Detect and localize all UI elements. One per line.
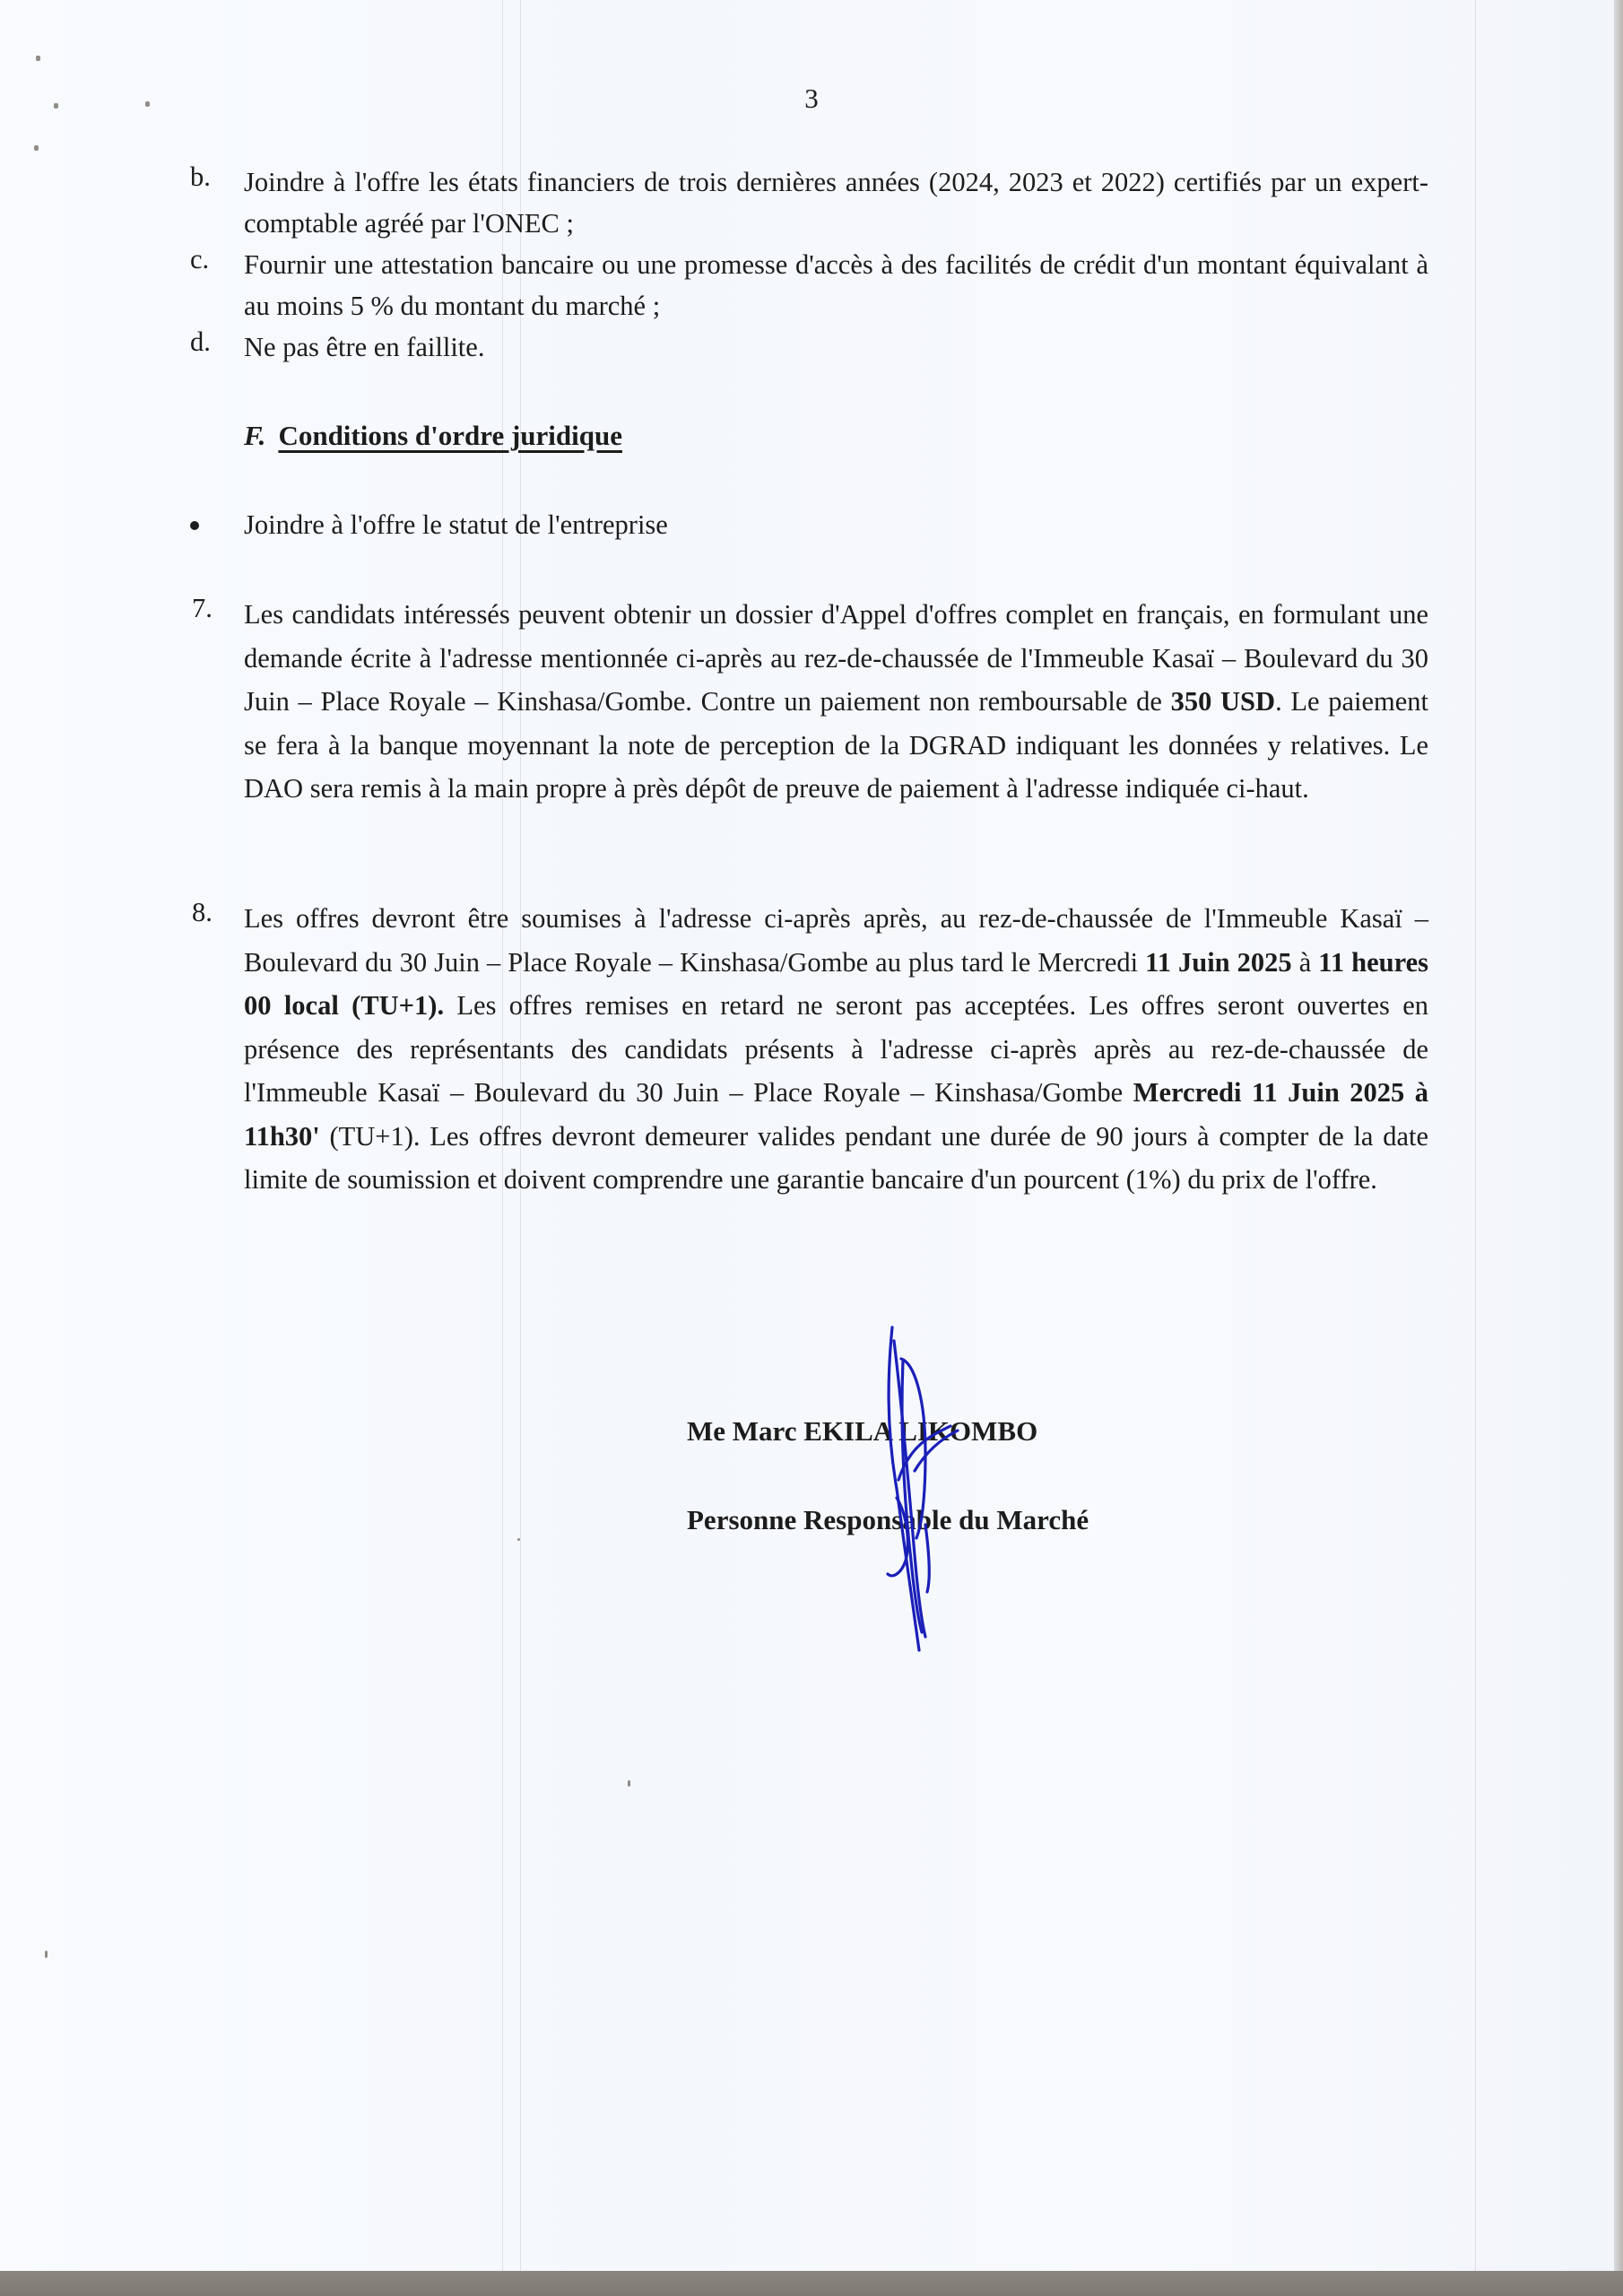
list-label: c. xyxy=(190,244,209,275)
list-item-c: c. Fournir une attestation bancaire ou u… xyxy=(190,244,1428,326)
item-number: 8. xyxy=(192,897,213,928)
page-number: 3 xyxy=(0,83,1623,115)
item-text-part: (TU+1). Les offres devront demeurer vali… xyxy=(244,1121,1428,1196)
list-label: d. xyxy=(190,326,211,358)
bullet-icon xyxy=(190,521,199,530)
scan-edge xyxy=(0,2271,1623,2296)
scan-speck xyxy=(628,1780,630,1787)
list-item-d: d. Ne pas être en faillite. xyxy=(190,326,1428,368)
deadline-date: 11 Juin 2025 xyxy=(1145,947,1292,978)
scan-speck xyxy=(45,1951,48,1958)
handwritten-signature-icon xyxy=(861,1318,995,1677)
numbered-item-8: 8. Les offres devront être soumises à l'… xyxy=(190,897,1428,1202)
list-text: Fournir une attestation bancaire ou une … xyxy=(244,244,1428,326)
signatory-title: Personne Responsable du Marché xyxy=(687,1504,1089,1536)
scan-edge xyxy=(1614,0,1623,2296)
scan-speck xyxy=(34,145,39,151)
list-text: Joindre à l'offre les états financiers d… xyxy=(244,161,1428,244)
numbered-item-7: 7. Les candidats intéressés peuvent obte… xyxy=(190,593,1428,811)
fold-line xyxy=(1475,0,1476,2271)
list-item-b: b. Joindre à l'offre les états financier… xyxy=(190,161,1428,244)
section-heading: F.Conditions d'ordre juridique xyxy=(244,420,622,452)
bullet-item: Joindre à l'offre le statut de l'entrepr… xyxy=(190,509,668,541)
signatory-name: Me Marc EKILA LIKOMBO xyxy=(687,1415,1037,1448)
bullet-text: Joindre à l'offre le statut de l'entrepr… xyxy=(244,509,668,540)
item-text: Les candidats intéressés peuvent obtenir… xyxy=(244,593,1428,811)
scanned-page: 3 b. Joindre à l'offre les états financi… xyxy=(0,0,1614,2271)
item-text-part: à xyxy=(1292,947,1319,978)
scan-speck xyxy=(517,1538,520,1541)
fee-amount: 350 USD xyxy=(1171,686,1275,717)
item-number: 7. xyxy=(192,593,213,624)
section-letter: F. xyxy=(244,420,265,451)
list-text: Ne pas être en faillite. xyxy=(244,326,1428,368)
list-label: b. xyxy=(190,161,211,193)
section-title: Conditions d'ordre juridique xyxy=(278,420,622,451)
scan-speck xyxy=(36,56,40,61)
item-text: Les offres devront être soumises à l'adr… xyxy=(244,897,1428,1202)
